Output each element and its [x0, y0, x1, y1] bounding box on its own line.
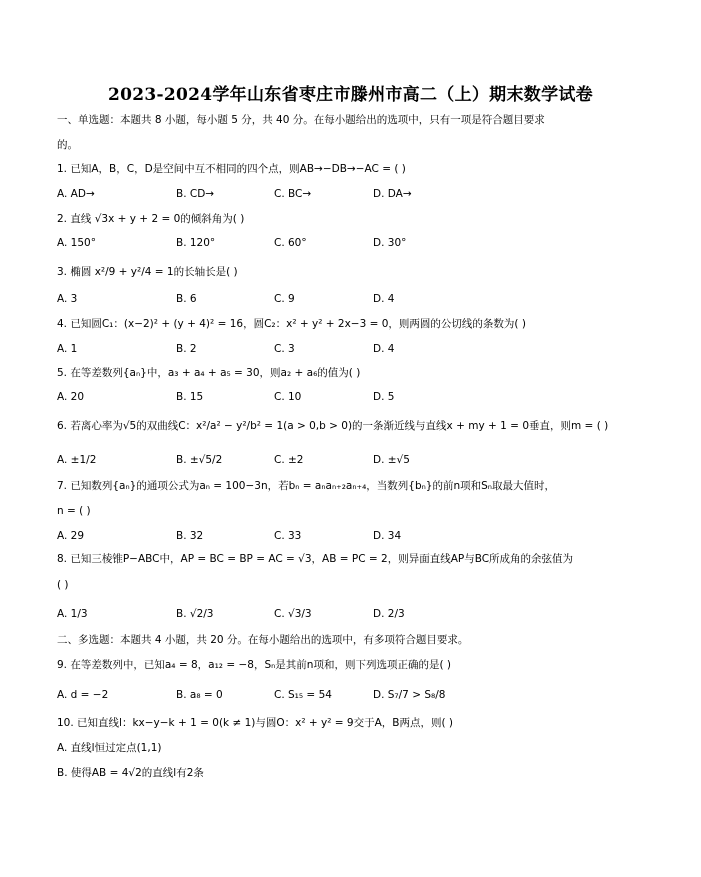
question-3-option-d: D. 4 — [373, 292, 394, 306]
question-7-option-b: B. 32 — [176, 529, 203, 543]
question-4-option-a: A. 1 — [57, 342, 77, 356]
question-2-option-b: B. 120° — [176, 236, 215, 250]
question-6-option-b: B. ±√5/2 — [176, 453, 222, 467]
question-3-option-a: A. 3 — [57, 292, 77, 306]
question-5-option-b: B. 15 — [176, 390, 203, 404]
question-1-option-d: D. DA→ — [373, 187, 412, 201]
question-7-stem-cont: n = ( ) — [57, 504, 91, 518]
section1-header: 一、单选题：本题共 8 小题，每小题 5 分，共 40 分。在每小题给出的选项中… — [57, 113, 545, 127]
question-5-option-a: A. 20 — [57, 390, 84, 404]
section2-header: 二、多选题：本题共 4 小题，共 20 分。在每小题给出的选项中，有多项符合题目… — [57, 633, 468, 647]
question-4-option-b: B. 2 — [176, 342, 197, 356]
question-4-option-c: C. 3 — [274, 342, 295, 356]
question-8-stem: 8. 已知三棱锥P−ABC中，AP = BC = BP = AC = √3，AB… — [57, 552, 573, 566]
section1-header-cont: 的。 — [57, 138, 78, 152]
question-8-option-b: B. √2/3 — [176, 607, 213, 621]
question-2-option-d: D. 30° — [373, 236, 406, 250]
question-4-stem: 4. 已知圆C₁：(x−2)² + (y + 4)² = 16，圆C₂：x² +… — [57, 317, 526, 331]
question-7-option-a: A. 29 — [57, 529, 84, 543]
question-5-option-d: D. 5 — [373, 390, 394, 404]
question-10-option-b: B. 使得AB = 4√2的直线l有2条 — [57, 766, 204, 780]
question-1-stem: 1. 已知A，B，C，D是空间中互不相同的四个点，则AB→−DB→−AC = (… — [57, 162, 406, 176]
question-3-option-b: B. 6 — [176, 292, 197, 306]
question-2-stem: 2. 直线 √3x + y + 2 = 0的倾斜角为( ) — [57, 212, 244, 226]
question-6-option-a: A. ±1/2 — [57, 453, 96, 467]
question-6-stem: 6. 若离心率为√5的双曲线C：x²/a² − y²/b² = 1(a > 0,… — [57, 419, 608, 433]
question-2-option-c: C. 60° — [274, 236, 307, 250]
question-9-option-a: A. d = −2 — [57, 688, 108, 702]
question-4-option-d: D. 4 — [373, 342, 394, 356]
question-9-option-c: C. S₁₅ = 54 — [274, 688, 332, 702]
question-8-option-a: A. 1/3 — [57, 607, 88, 621]
question-2-option-a: A. 150° — [57, 236, 96, 250]
question-8-stem-cont: ( ) — [57, 578, 69, 592]
question-5-option-c: C. 10 — [274, 390, 301, 404]
question-7-option-c: C. 33 — [274, 529, 301, 543]
question-1-option-b: B. CD→ — [176, 187, 214, 201]
question-10-stem: 10. 已知直线l：kx−y−k + 1 = 0(k ≠ 1)与圆O：x² + … — [57, 716, 453, 730]
question-8-option-d: D. 2/3 — [373, 607, 405, 621]
question-9-option-b: B. a₈ = 0 — [176, 688, 223, 702]
question-5-stem: 5. 在等差数列{aₙ}中，a₃ + a₄ + a₅ = 30，则a₂ + a₆… — [57, 366, 360, 380]
question-6-option-d: D. ±√5 — [373, 453, 410, 467]
question-3-stem: 3. 椭圆 x²/9 + y²/4 = 1的长轴长是( ) — [57, 265, 238, 279]
question-8-option-c: C. √3/3 — [274, 607, 312, 621]
question-9-stem: 9. 在等差数列中，已知a₄ = 8，a₁₂ = −8，Sₙ是其前n项和，则下列… — [57, 658, 451, 672]
question-1-option-c: C. BC→ — [274, 187, 311, 201]
question-7-stem: 7. 已知数列{aₙ}的通项公式为aₙ = 100−3n，若bₙ = aₙaₙ₊… — [57, 479, 555, 493]
question-10-option-a: A. 直线l恒过定点(1,1) — [57, 741, 161, 755]
question-1-option-a: A. AD→ — [57, 187, 95, 201]
exam-title: 2023-2024学年山东省枣庄市滕州市高二（上）期末数学试卷 — [0, 80, 701, 105]
question-3-option-c: C. 9 — [274, 292, 295, 306]
question-7-option-d: D. 34 — [373, 529, 401, 543]
question-6-option-c: C. ±2 — [274, 453, 304, 467]
question-9-option-d: D. S₇/7 > S₈/8 — [373, 688, 445, 702]
